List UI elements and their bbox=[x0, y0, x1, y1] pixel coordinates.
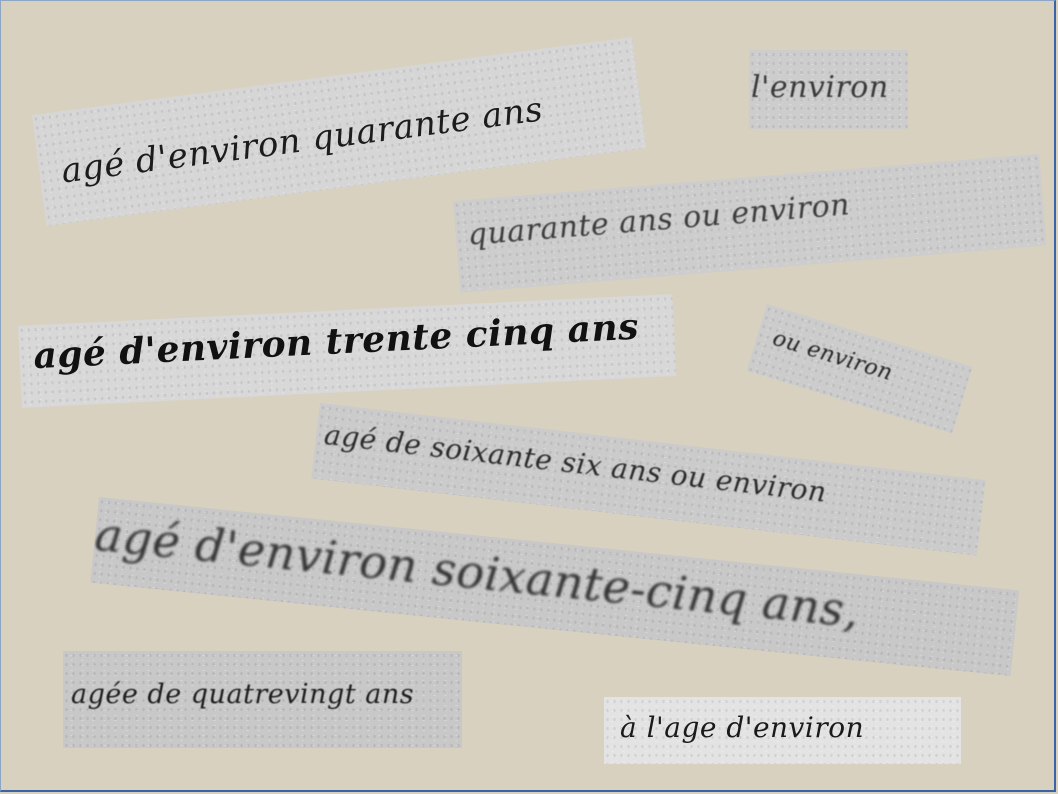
collage-canvas: agé d'environ quarante ans l'environ qua… bbox=[0, 0, 1056, 792]
handwriting-snippet-5: ou environ bbox=[747, 304, 973, 434]
handwriting-snippet-4: agé d'environ trente cinq ans bbox=[18, 294, 676, 408]
handwriting-snippet-3: quarante ans ou environ bbox=[453, 154, 1046, 293]
handwriting-snippet-8: agée de quatrevingt ans bbox=[63, 651, 462, 748]
snippet-5-text: ou environ bbox=[770, 326, 896, 386]
snippet-9-text: à l'age d'environ bbox=[620, 711, 864, 744]
snippet-3-text: quarante ans ou environ bbox=[466, 187, 851, 253]
snippet-1-text: agé d'environ quarante ans bbox=[59, 89, 545, 191]
snippet-2-text: l'environ bbox=[751, 70, 889, 105]
snippet-4-text: agé d'environ trente cinq ans bbox=[32, 306, 639, 378]
handwriting-snippet-9: à l'age d'environ bbox=[604, 697, 961, 764]
snippet-6-text: agé de soixante six ans ou environ bbox=[323, 418, 829, 509]
handwriting-snippet-2: l'environ bbox=[749, 50, 908, 129]
snippet-8-text: agée de quatrevingt ans bbox=[71, 679, 414, 710]
